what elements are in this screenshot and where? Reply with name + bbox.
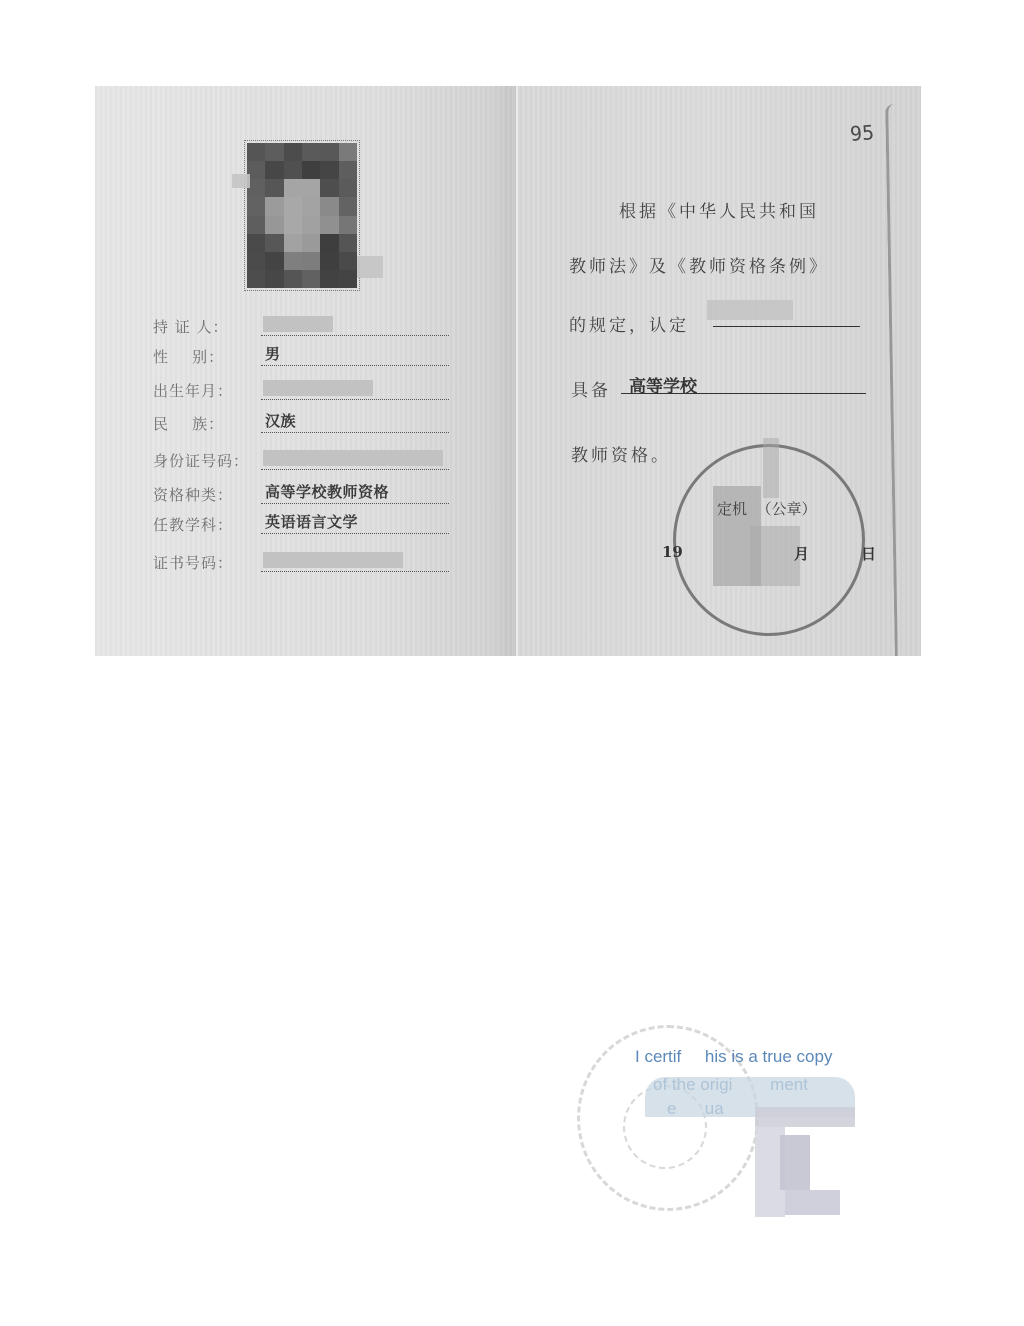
translator-certification-stamp: I certif his is a true copy of the origi… — [575, 1025, 875, 1225]
photo-pixel — [339, 161, 357, 179]
photo-pixel — [265, 143, 283, 161]
photo-pixel — [284, 197, 302, 215]
photo-pixel — [320, 161, 338, 179]
photo-pixel — [339, 179, 357, 197]
photo-pixel — [302, 161, 320, 179]
issuer-label: 定机 （公章） — [717, 498, 817, 519]
photo-pixel — [302, 252, 320, 270]
field-underline — [261, 335, 449, 336]
photo-pixel — [265, 216, 283, 234]
photo-pixel — [302, 234, 320, 252]
certification-line-1: I certif his is a true copy — [635, 1047, 832, 1067]
handwritten-page-number: 95 — [849, 120, 875, 146]
field-row: 民 族：汉族 — [153, 409, 449, 437]
field-underline — [261, 533, 449, 534]
statement-line-1: 根据《中华人民共和国 — [619, 197, 819, 222]
photo-pixel — [339, 234, 357, 252]
center-fold — [516, 86, 518, 656]
photo-pixel — [265, 197, 283, 215]
photo-pixel — [265, 234, 283, 252]
photo-pixel — [284, 143, 302, 161]
photo-pixel — [320, 270, 338, 288]
field-label: 资格种类： — [153, 484, 233, 505]
photo-pixel — [247, 270, 265, 288]
field-row: 身份证号码： — [153, 446, 449, 474]
field-row: 性 别：男 — [153, 342, 449, 370]
date-day-label: 日 — [861, 543, 876, 564]
seal-redaction — [763, 438, 779, 498]
photo-pixel — [339, 143, 357, 161]
photo-pixel — [265, 161, 283, 179]
field-label: 证书号码： — [153, 552, 233, 573]
redaction-block — [232, 174, 250, 188]
date-month-label: 月 — [794, 543, 809, 564]
photo-pixel — [320, 216, 338, 234]
photo-pixel — [265, 270, 283, 288]
field-row: 持 证 人： — [153, 312, 449, 340]
photo-pixel — [247, 143, 265, 161]
photo-pixel — [247, 216, 265, 234]
photo-pixel — [320, 197, 338, 215]
photo-pixel — [320, 179, 338, 197]
statement-line-2: 教师法》及《教师资格条例》 — [569, 252, 829, 277]
photo-pixel — [302, 216, 320, 234]
photo-pixel — [247, 234, 265, 252]
photo-pixel — [302, 143, 320, 161]
photo-pixel — [284, 161, 302, 179]
field-label: 出生年月： — [153, 380, 233, 401]
photo-pixel — [339, 252, 357, 270]
holder-photo-redacted — [247, 143, 357, 288]
photo-pixel — [320, 252, 338, 270]
photo-pixel — [284, 179, 302, 197]
photo-pixel — [302, 270, 320, 288]
redacted-value — [263, 450, 443, 466]
redaction-block — [357, 256, 383, 278]
photo-pixel — [339, 197, 357, 215]
photo-pixel — [339, 270, 357, 288]
field-label: 身份证号码： — [153, 450, 249, 471]
signature-redaction — [780, 1135, 810, 1190]
field-row: 出生年月： — [153, 376, 449, 404]
field-label: 任教学科： — [153, 514, 233, 535]
certificate-scan: 持 证 人：性 别：男出生年月：民 族：汉族身份证号码：资格种类：高等学校教师资… — [95, 86, 921, 656]
fold-shadow — [490, 86, 516, 656]
photo-pixel — [302, 197, 320, 215]
qualification-line — [621, 393, 866, 394]
signature-redaction — [785, 1190, 840, 1215]
photo-pixel — [265, 179, 283, 197]
booklet-edge — [885, 104, 904, 656]
photo-pixel — [247, 252, 265, 270]
field-row: 资格种类：高等学校教师资格 — [153, 480, 449, 508]
redacted-value — [263, 552, 403, 568]
field-underline — [261, 503, 449, 504]
field-underline — [261, 571, 449, 572]
seal-redaction — [750, 526, 800, 586]
photo-pixel — [284, 234, 302, 252]
field-row: 任教学科：英语语言文学 — [153, 510, 449, 538]
field-underline — [261, 469, 449, 470]
field-value: 高等学校教师资格 — [265, 481, 389, 502]
photo-pixel — [302, 179, 320, 197]
field-underline — [261, 432, 449, 433]
field-label: 民 族： — [153, 413, 224, 434]
photo-pixel — [320, 143, 338, 161]
field-label: 持 证 人： — [153, 316, 229, 337]
redacted-value — [263, 316, 333, 332]
statement-line-3: 的规定，认定 — [569, 311, 689, 336]
redaction-block — [707, 300, 793, 320]
recognized-by-line — [713, 326, 860, 327]
photo-pixel — [247, 197, 265, 215]
field-row: 证书号码： — [153, 548, 449, 576]
redacted-value — [263, 380, 373, 396]
date-year: 19 — [662, 543, 683, 561]
field-underline — [261, 399, 449, 400]
signature-redaction — [755, 1107, 855, 1127]
statement-line-5: 教师资格。 — [571, 441, 671, 466]
photo-pixel — [284, 252, 302, 270]
field-value: 汉族 — [265, 410, 296, 431]
field-value: 英语语言文学 — [265, 511, 358, 532]
photo-pixel — [320, 234, 338, 252]
photo-pixel — [265, 252, 283, 270]
field-label: 性 别： — [153, 346, 224, 367]
photo-pixel — [284, 270, 302, 288]
statement-line-4: 具备 — [571, 376, 611, 401]
field-value: 男 — [265, 343, 281, 364]
photo-pixel — [284, 216, 302, 234]
photo-pixel — [339, 216, 357, 234]
field-underline — [261, 365, 449, 366]
